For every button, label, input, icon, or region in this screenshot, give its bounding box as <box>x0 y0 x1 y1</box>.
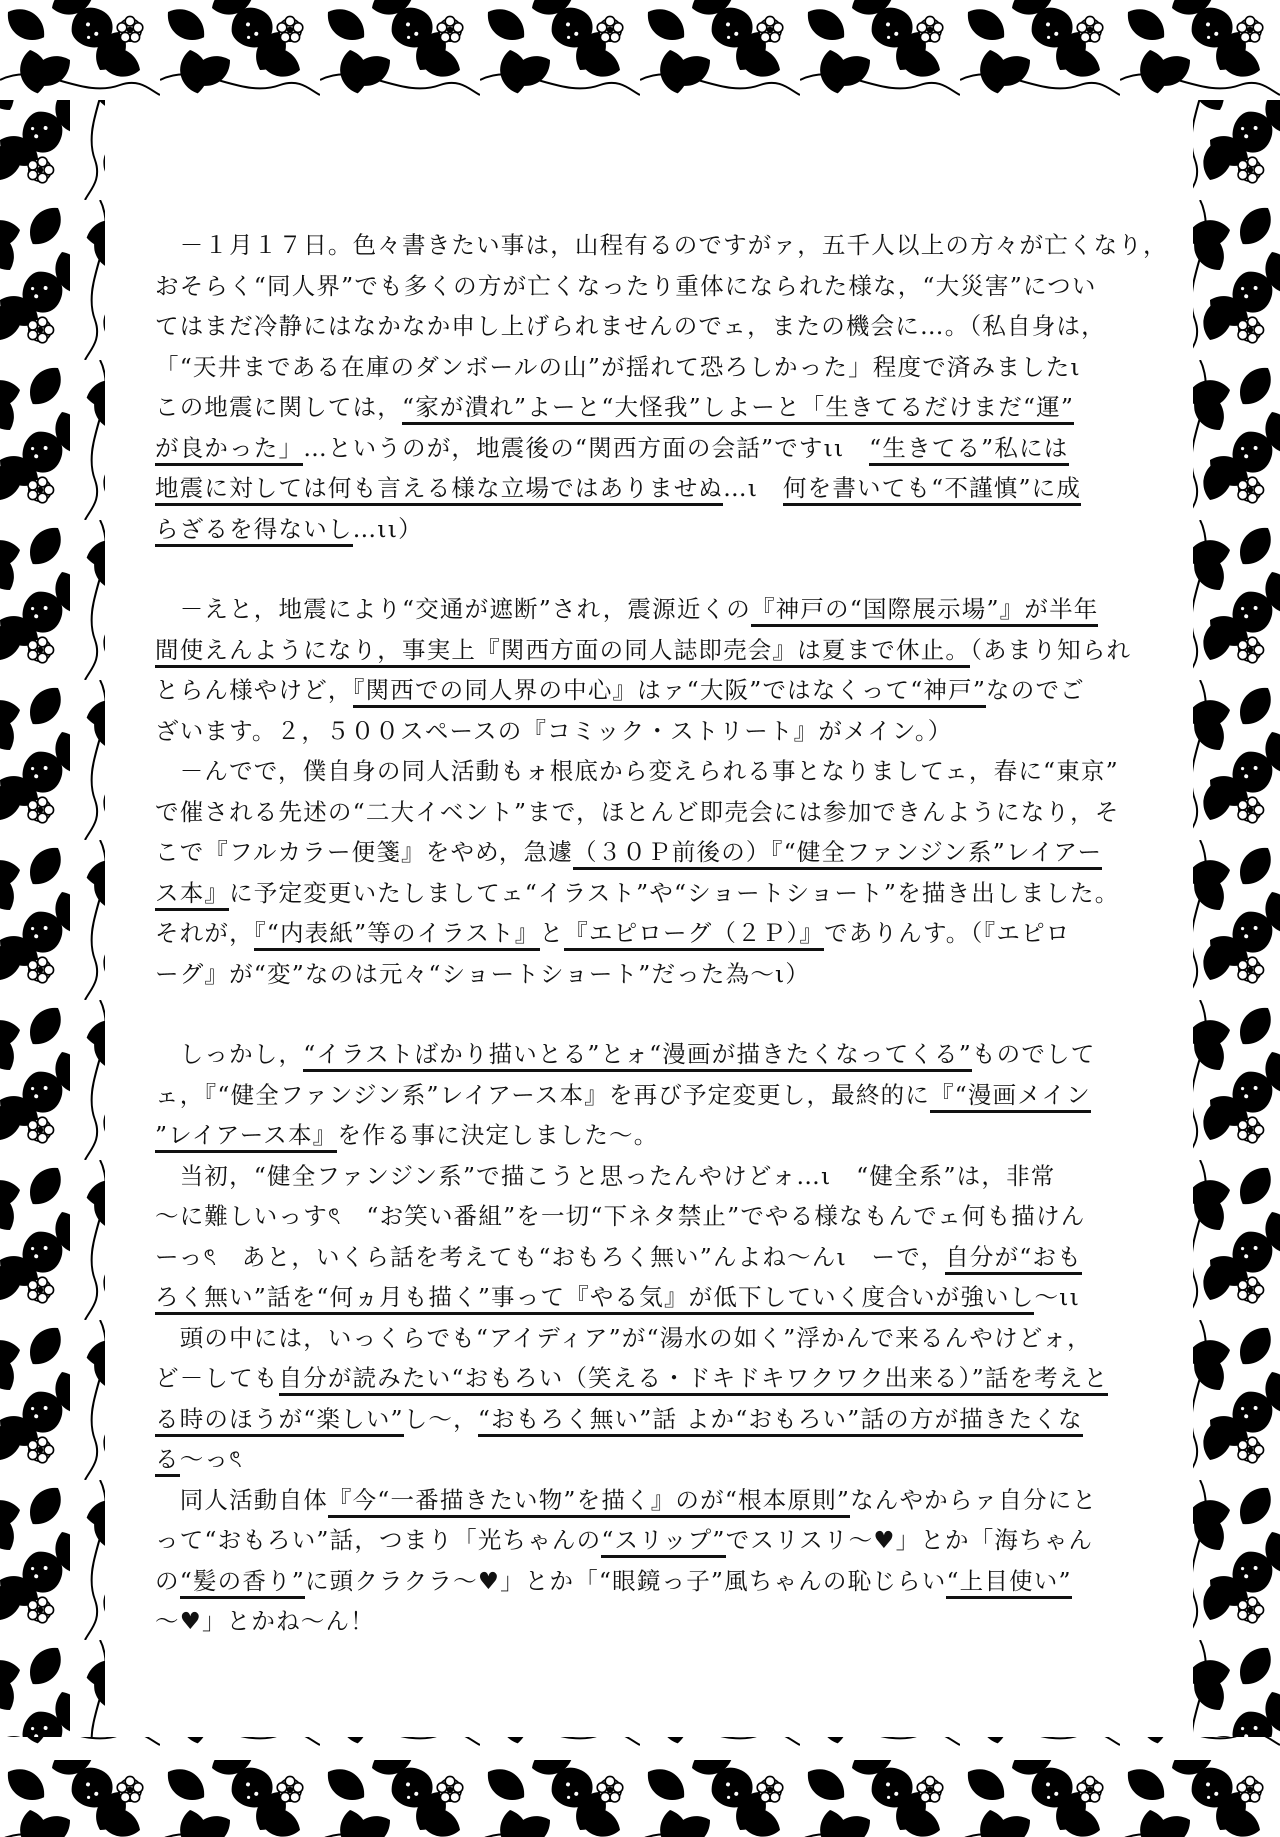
underlined-text: る時のほうが“楽しい” <box>155 1405 404 1437</box>
text-line: 当初，“健全ファンジン系”で描こうと思ったんやけどォ…ι “健全系”は，非常 <box>155 1156 1165 1197</box>
underlined-text: “イラストばかり描いとる”とォ“漫画が描きたくなってくる” <box>303 1040 972 1072</box>
underlined-text: 自分が読みたい“おもろい（笑える・ドキドキワクワク出来る）”話を考えと <box>279 1364 1109 1396</box>
text-line: とらん様やけど，『関西での同人界の中心』はァ“大阪”ではなくって“神戸”なのでご <box>155 670 1165 711</box>
text-segment: って“おもろい”話，つまり「光ちゃんの <box>155 1526 601 1554</box>
text-line: で催される先述の“二大イベント”まで，ほとんど即売会には参加できんようになり，そ <box>155 792 1165 833</box>
text-segment: しっかし， <box>155 1040 303 1068</box>
underlined-text: 『今“一番描きたい物”を描く』のが“根本原則” <box>328 1486 850 1518</box>
underlined-text: 地震に対しては何も言える様な立場ではありませぬ <box>155 474 723 506</box>
paragraph: しっかし，“イラストばかり描いとる”とォ“漫画が描きたくなってくる”ものでしてェ… <box>155 1034 1165 1642</box>
underlined-text: 何を書いても“不謹慎”に成 <box>783 474 1081 506</box>
text-line: ～♥」とかね～ん！ <box>155 1601 1165 1642</box>
underlined-text: “家が潰れ”よーと“大怪我”しよーと「生きてるだけまだ“運” <box>402 393 1074 425</box>
text-line: 頭の中には，いっくらでも“アイディア”が“湯水の如く”浮かんで来るんやけどォ， <box>155 1318 1165 1359</box>
text-segment: の <box>155 1567 180 1595</box>
text-line: ス本』に予定変更いたしましてェ“イラスト”や“ショートショート”を描き出しました… <box>155 873 1165 914</box>
text-segment: ～♥」とかね～ん！ <box>155 1607 375 1635</box>
text-line: てはまだ冷静にはなかなか申し上げられませんのでェ，またの機会に…。（私自身は， <box>155 306 1165 347</box>
paragraph: －１月１７日。色々書きたい事は，山程有るのですがァ，五千人以上の方々が亡くなり，… <box>155 225 1165 549</box>
text-segment: と <box>540 919 565 947</box>
underlined-text: が良かった」 <box>155 434 303 466</box>
text-line: この地震に関しては，“家が潰れ”よーと“大怪我”しよーと「生きてるだけまだ“運” <box>155 387 1165 428</box>
text-segment: ～ιι <box>1034 1283 1080 1311</box>
text-segment: ざいます。２，５００スペースの『コミック・ストリート』がメイン。） <box>155 717 952 745</box>
text-line: ど－しても自分が読みたい“おもろい（笑える・ドキドキワクワク出来る）”話を考えと <box>155 1358 1165 1399</box>
underlined-text: “スリップ” <box>601 1526 725 1558</box>
text-line: ーグ』が“変”なのは元々“ショートショート”だった為～ι） <box>155 954 1165 995</box>
underlined-text: 『“漫画メイン <box>930 1081 1091 1113</box>
text-line: 間使えんようになり，事実上『関西方面の同人誌即売会』は夏まで休止。（あまり知られ <box>155 630 1165 671</box>
text-segment: －えと，地震により“交通が遮断”され，震源近くの <box>155 595 751 623</box>
text-line: る時のほうが“楽しい”し～，“おもろく無い”話 よか“おもろい”話の方が描きたく… <box>155 1399 1165 1440</box>
underlined-text: 『神戸の“国際展示場”』が半年 <box>751 595 1099 627</box>
text-segment: を作る事に決定しました～。 <box>337 1121 658 1149</box>
underlined-text: 間使えんようになり，事実上『関西方面の同人誌即売会』は夏まで休止。 <box>155 636 970 668</box>
text-segment: この地震に関しては， <box>155 393 402 421</box>
paragraph: －えと，地震により“交通が遮断”され，震源近くの『神戸の“国際展示場”』が半年間… <box>155 589 1165 994</box>
body-text: －１月１７日。色々書きたい事は，山程有るのですがァ，五千人以上の方々が亡くなり，… <box>155 225 1165 1642</box>
underlined-text: 『関西での同人界の中心』はァ“大阪”ではなくって“神戸” <box>353 676 986 708</box>
text-segment: ものでして <box>972 1040 1096 1068</box>
underlined-text: ス本』 <box>155 879 229 911</box>
underlined-text: “髪の香り” <box>180 1567 305 1599</box>
text-segment: …ιι） <box>353 515 423 543</box>
text-segment: でスリスリ～♥」とか「海ちゃん <box>726 1526 1094 1554</box>
text-segment: 頭の中には，いっくらでも“アイディア”が“湯水の如く”浮かんで来るんやけどォ， <box>155 1324 1092 1352</box>
underlined-text: ”レイアース本』 <box>155 1121 337 1153</box>
underlined-text: “上目使い” <box>946 1567 1071 1599</box>
text-segment: おそらく“同人界”でも多くの方が亡くなったり重体になられた様な，“大災害”につい <box>155 272 1097 300</box>
text-line: －１月１７日。色々書きたい事は，山程有るのですがァ，五千人以上の方々が亡くなり， <box>155 225 1165 266</box>
underlined-text: ろく無い”話を“何ヵ月も描く”事って『やる気』が低下していく度合いが強いし <box>155 1283 1034 1315</box>
text-line: ェ，『“健全ファンジン系”レイアース本』を再び予定変更し，最終的に『“漫画メイン <box>155 1075 1165 1116</box>
text-segment: ーっৎ あと，いくら話を考えても“おもろく無い”んよね～んι ーで， <box>155 1243 945 1271</box>
text-segment: （あまり知られ <box>970 636 1131 664</box>
text-line: －えと，地震により“交通が遮断”され，震源近くの『神戸の“国際展示場”』が半年 <box>155 589 1165 630</box>
text-line: ざいます。２，５００スペースの『コミック・ストリート』がメイン。） <box>155 711 1165 752</box>
text-segment: 当初，“健全ファンジン系”で描こうと思ったんやけどォ…ι “健全系”は，非常 <box>155 1162 1055 1190</box>
text-segment: なんやからァ自分にと <box>850 1486 1097 1514</box>
text-segment: －んでで，僕自身の同人活動もォ根底から変えられる事となりましてェ，春に“東京” <box>155 757 1119 785</box>
text-segment: …というのが，地震後の“関西方面の会話”ですιι <box>303 434 869 462</box>
text-line: が良かった」…というのが，地震後の“関西方面の会話”ですιι “生きてる”私には <box>155 428 1165 469</box>
text-line: ーっৎ あと，いくら話を考えても“おもろく無い”んよね～んι ーで，自分が“おも <box>155 1237 1165 1278</box>
text-segment: こで『フルカラー便箋』をやめ，急遽 <box>155 838 573 866</box>
text-line: 「“天井まである在庫のダンボールの山”が揺れて恐ろしかった」程度で済みましたι <box>155 347 1165 388</box>
text-segment: で催される先述の“二大イベント”まで，ほとんど即売会には参加できんようになり，そ <box>155 798 1120 826</box>
text-segment: 同人活動自体 <box>155 1486 328 1514</box>
underlined-text: “生きてる”私には <box>869 434 1068 466</box>
underlined-text: “おもろく無い”話 よか“おもろい”話の方が描きたくな <box>478 1405 1083 1437</box>
paragraph-gap <box>155 994 1165 1034</box>
text-line: しっかし，“イラストばかり描いとる”とォ“漫画が描きたくなってくる”ものでして <box>155 1034 1165 1075</box>
text-line: らざるを得ないし…ιι） <box>155 509 1165 550</box>
text-line: －んでで，僕自身の同人活動もォ根底から変えられる事となりましてェ，春に“東京” <box>155 751 1165 792</box>
text-line: ”レイアース本』を作る事に決定しました～。 <box>155 1115 1165 1156</box>
text-segment: に予定変更いたしましてェ“イラスト”や“ショートショート”を描き出しました。 <box>229 879 1119 907</box>
page: －１月１７日。色々書きたい事は，山程有るのですがァ，五千人以上の方々が亡くなり，… <box>0 0 1280 1837</box>
text-segment: それが， <box>155 919 254 947</box>
text-segment: －１月１７日。色々書きたい事は，山程有るのですがァ，五千人以上の方々が亡くなり， <box>155 231 1168 259</box>
underlined-text: 自分が“おも <box>945 1243 1082 1275</box>
paragraph-gap <box>155 549 1165 589</box>
text-segment: でありんす。（『エピロ <box>824 919 1070 947</box>
underlined-text: 『“内表紙”等のイラスト』 <box>254 919 540 951</box>
text-segment: に頭クラクラ～♥」とか「“眼鏡っ子”風ちゃんの恥じらい <box>305 1567 947 1595</box>
text-segment: なのでご <box>986 676 1085 704</box>
underlined-text: らざるを得ないし <box>155 515 353 547</box>
underlined-text: 『エピローグ（２Ｐ）』 <box>564 919 824 951</box>
text-line: 地震に対しては何も言える様な立場ではありませぬ…ι 何を書いても“不謹慎”に成 <box>155 468 1165 509</box>
text-line: ろく無い”話を“何ヵ月も描く”事って『やる気』が低下していく度合いが強いし～ιι <box>155 1277 1165 1318</box>
text-line: おそらく“同人界”でも多くの方が亡くなったり重体になられた様な，“大災害”につい <box>155 266 1165 307</box>
text-segment: …ι <box>723 474 783 502</box>
text-line: の“髪の香り”に頭クラクラ～♥」とか「“眼鏡っ子”風ちゃんの恥じらい“上目使い” <box>155 1561 1165 1602</box>
text-segment: ど－しても <box>155 1364 279 1392</box>
underlined-text: る <box>155 1445 180 1477</box>
text-segment: ～っৎ <box>180 1445 243 1473</box>
text-line: こで『フルカラー便箋』をやめ，急遽（３０Ｐ前後の）『“健全ファンジン系”レイアー <box>155 832 1165 873</box>
text-segment: とらん様やけど， <box>155 676 353 704</box>
text-segment: 「“天井まである在庫のダンボールの山”が揺れて恐ろしかった」程度で済みましたι <box>155 353 1081 381</box>
text-line: ～に難しいっすৎ “お笑い番組”を一切“下ネタ禁止”でやる様なもんでェ何も描けん <box>155 1196 1165 1237</box>
text-segment: し～， <box>404 1405 478 1433</box>
underlined-text: （３０Ｐ前後の）『“健全ファンジン系”レイアー <box>573 838 1102 870</box>
text-line: それが，『“内表紙”等のイラスト』と『エピローグ（２Ｐ）』でありんす。（『エピロ <box>155 913 1165 954</box>
text-segment: てはまだ冷静にはなかなか申し上げられませんのでェ，またの機会に…。（私自身は， <box>155 312 1106 340</box>
text-line: 同人活動自体『今“一番描きたい物”を描く』のが“根本原則”なんやからァ自分にと <box>155 1480 1165 1521</box>
text-segment: ーグ』が“変”なのは元々“ショートショート”だった為～ι） <box>155 960 810 988</box>
text-segment: ～に難しいっすৎ “お笑い番組”を一切“下ネタ禁止”でやる様なもんでェ何も描けん <box>155 1202 1085 1230</box>
text-segment: ェ，『“健全ファンジン系”レイアース本』を再び予定変更し，最終的に <box>155 1081 930 1109</box>
text-line: って“おもろい”話，つまり「光ちゃんの“スリップ”でスリスリ～♥」とか「海ちゃん <box>155 1520 1165 1561</box>
text-line: る～っৎ <box>155 1439 1165 1480</box>
